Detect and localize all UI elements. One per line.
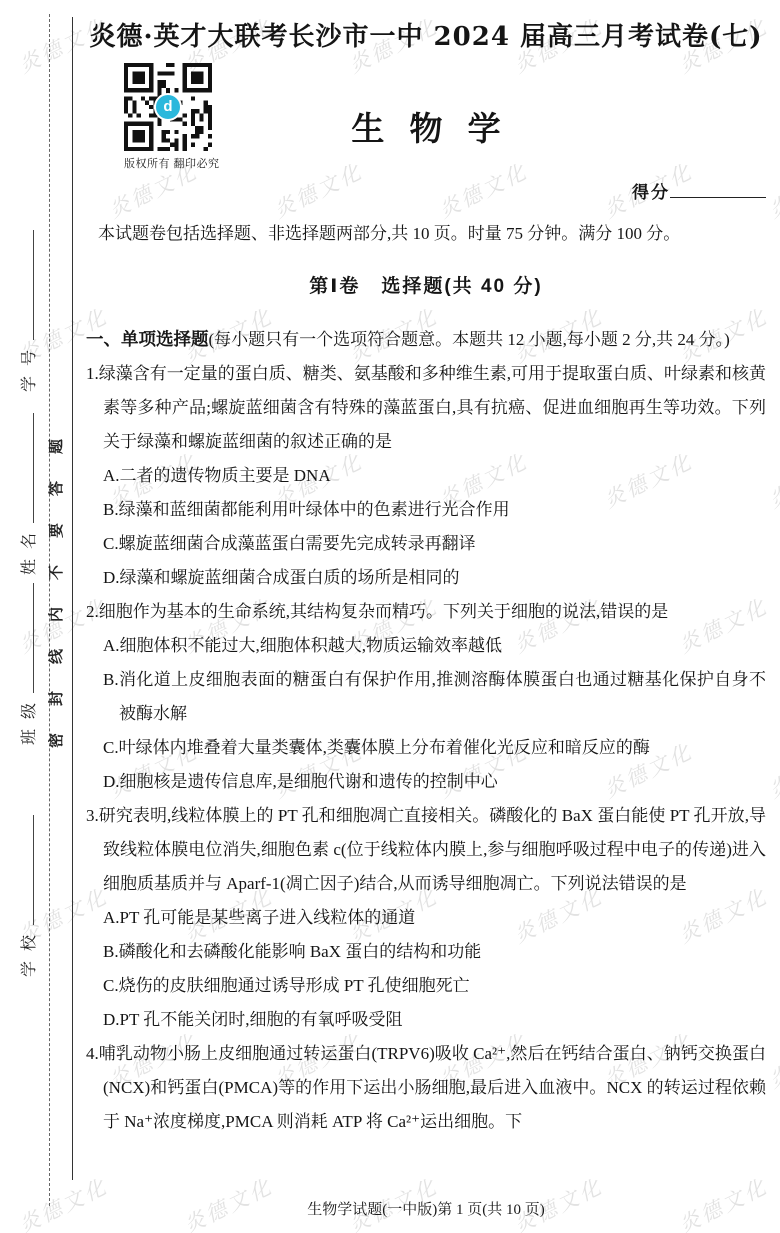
question-stem-text: 哺乳动物小肠上皮细胞通过转运蛋白(TRPV6)吸收 Ca²⁺,然后在钙结合蛋白、… — [99, 1044, 766, 1131]
student-field-blank-line — [20, 413, 34, 523]
question-stem: 2.细胞作为基本的生命系统,其结构复杂而精巧。下列关于细胞的说法,错误的是 — [86, 595, 766, 629]
part-heading: 一、单项选择题(每小题只有一个选项符合题意。本题共 12 小题,每小题 2 分,… — [86, 322, 766, 357]
answer-option: B.磷酸化和去磷酸化能影响 BaX 蛋白的结构和功能 — [103, 935, 766, 969]
question-list: 1.绿藻含有一定量的蛋白质、糖类、氨基酸和多种维生素,可用于提取蛋白质、叶绿素和… — [86, 357, 766, 1139]
student-field-1: 学号 — [10, 216, 44, 392]
question-number: 3. — [86, 806, 99, 825]
question-stem-text: 细胞作为基本的生命系统,其结构复杂而精巧。下列关于细胞的说法,错误的是 — [99, 602, 669, 621]
question-stem-text: 绿藻含有一定量的蛋白质、糖类、氨基酸和多种维生素,可用于提取蛋白质、叶绿素和核黄… — [99, 364, 766, 451]
answer-option: D.PT 孔不能关闭时,细胞的有氧呼吸受阻 — [103, 1003, 766, 1037]
main-content: 炎德·英才大联考长沙市一中 2024 届高三月考试卷(七) 生 物 学 得分 本… — [86, 0, 766, 1139]
part-heading-label: 一、单项选择题 — [86, 329, 209, 349]
question: 2.细胞作为基本的生命系统,其结构复杂而精巧。下列关于细胞的说法,错误的是A.细… — [86, 595, 766, 799]
score-label: 得分 — [632, 183, 670, 202]
answer-option: A.二者的遗传物质主要是 DNA — [103, 459, 766, 493]
student-field-label: 姓名 — [16, 523, 39, 575]
question-stem: 3.研究表明,线粒体膜上的 PT 孔和细胞凋亡直接相关。磷酸化的 BaX 蛋白能… — [86, 799, 766, 901]
question: 1.绿藻含有一定量的蛋白质、糖类、氨基酸和多种维生素,可用于提取蛋白质、叶绿素和… — [86, 357, 766, 595]
exam-header-title: 炎德·英才大联考长沙市一中 2024 届高三月考试卷(七) — [86, 0, 766, 53]
question-stem-text: 研究表明,线粒体膜上的 PT 孔和细胞凋亡直接相关。磷酸化的 BaX 蛋白能使 … — [99, 806, 766, 893]
answer-option: B.绿藻和蓝细菌都能利用叶绿体中的色素进行光合作用 — [103, 493, 766, 527]
answer-option: B.消化道上皮细胞表面的糖蛋白有保护作用,推测溶酶体膜蛋白也通过糖基化保护自身不… — [103, 663, 766, 731]
question-number: 4. — [86, 1044, 99, 1063]
student-field-blank-line — [20, 815, 34, 925]
student-field-2: 姓名 — [10, 399, 44, 575]
answer-option: A.细胞体积不能过大,细胞体积越大,物质运输效率越低 — [103, 629, 766, 663]
exam-page: 炎德文化炎德文化炎德文化炎德文化炎德文化炎德文化炎德文化炎德文化炎德文化炎德文化… — [0, 0, 780, 1233]
student-field-label: 学校 — [16, 925, 39, 977]
answer-option: D.绿藻和螺旋蓝细菌合成蛋白质的场所是相同的 — [103, 561, 766, 595]
answer-option: D.细胞核是遗传信息库,是细胞代谢和遗传的控制中心 — [103, 765, 766, 799]
question-stem: 4.哺乳动物小肠上皮细胞通过转运蛋白(TRPV6)吸收 Ca²⁺,然后在钙结合蛋… — [86, 1037, 766, 1139]
question-number: 2. — [86, 602, 99, 621]
answer-option: C.烧伤的皮肤细胞通过诱导形成 PT 孔使细胞死亡 — [103, 969, 766, 1003]
page-footer: 生物学试题(一中版)第 1 页(共 10 页) — [86, 1198, 766, 1219]
question-stem: 1.绿藻含有一定量的蛋白质、糖类、氨基酸和多种维生素,可用于提取蛋白质、叶绿素和… — [86, 357, 766, 459]
question: 4.哺乳动物小肠上皮细胞通过转运蛋白(TRPV6)吸收 Ca²⁺,然后在钙结合蛋… — [86, 1037, 766, 1139]
student-field-label: 学号 — [16, 340, 39, 392]
score-blank-line — [670, 183, 766, 198]
student-field-4: 学校 — [10, 801, 44, 977]
question-number: 1. — [86, 364, 99, 383]
student-field-label: 班级 — [16, 693, 39, 745]
student-field-3: 班级 — [10, 569, 44, 745]
subject-title: 生 物 学 — [86, 103, 766, 150]
student-field-blank-line — [20, 583, 34, 693]
exam-instructions: 本试题卷包括选择题、非选择题两部分,共 10 页。时量 75 分钟。满分 100… — [86, 217, 766, 251]
section-title: 第Ⅰ卷 选择题(共 40 分) — [86, 271, 766, 298]
seal-warning-text: 密封线内不要答题 — [45, 400, 79, 760]
answer-option: C.叶绿体内堆叠着大量类囊体,类囊体膜上分布着催化光反应和暗反应的酶 — [103, 731, 766, 765]
question: 3.研究表明,线粒体膜上的 PT 孔和细胞凋亡直接相关。磷酸化的 BaX 蛋白能… — [86, 799, 766, 1037]
answer-option: A.PT 孔可能是某些离子进入线粒体的通道 — [103, 901, 766, 935]
part-heading-note: (每小题只有一个选项符合题意。本题共 12 小题,每小题 2 分,共 24 分。… — [209, 330, 730, 349]
student-field-blank-line — [20, 230, 34, 340]
answer-option: C.螺旋蓝细菌合成藻蓝蛋白需要先完成转录再翻译 — [103, 527, 766, 561]
score-row: 得分 — [86, 178, 766, 200]
